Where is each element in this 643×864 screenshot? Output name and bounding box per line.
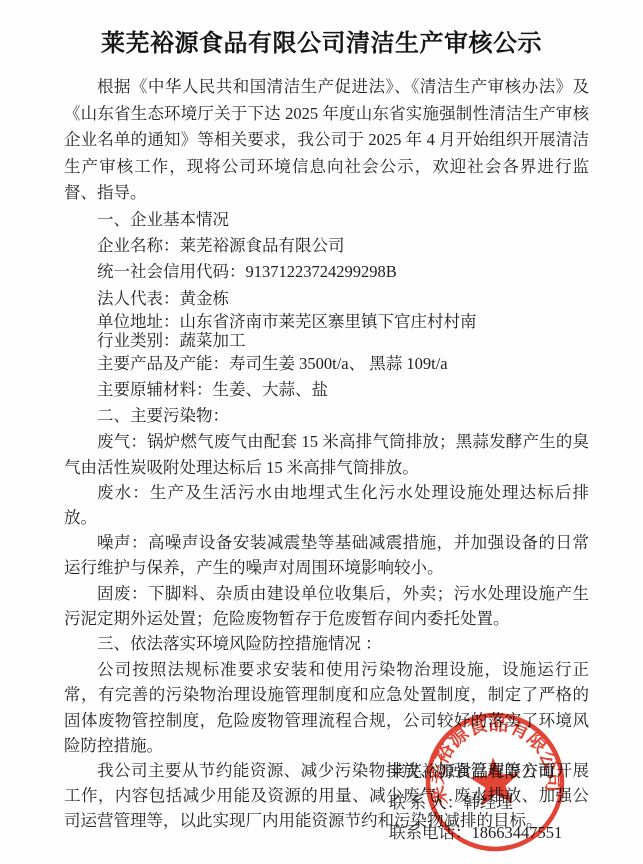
- field-address: 单位地址：山东省济南市莱芜区寨里镇下官庄村村南: [64, 312, 589, 332]
- pollutant-noise: 噪声：高噪声设备安装减震垫等基础减震措施，并加强设备的日常运行维护与保养，产生的…: [64, 530, 589, 580]
- field-credit-code: 统一社会信用代码：91371223724299298B: [64, 259, 589, 285]
- signature-phone: 联系电话：18663447551: [389, 818, 562, 849]
- signature-company: 莱芜裕源食品有限公司: [389, 757, 562, 788]
- field-company-name: 企业名称：莱芜裕源食品有限公司: [64, 233, 589, 259]
- section-basic-info-heading: 一、企业基本情况: [64, 207, 589, 233]
- field-industry: 行业类别：蔬菜加工: [64, 331, 589, 351]
- field-legal-representative: 法人代表：黄金栋: [64, 286, 589, 312]
- signature-block: 莱芜裕源食品有限公司 联 系 人：韩经理 联系电话：18663447551: [389, 757, 562, 849]
- document-title: 莱芜裕源食品有限公司清洁生产审核公示: [0, 0, 643, 61]
- document-body: 根据《中华人民共和国清洁生产促进法》、《清洁生产审核办法》及《山东省生态环境厅关…: [64, 74, 589, 834]
- address-industry-group: 单位地址：山东省济南市莱芜区寨里镇下官庄村村南 行业类别：蔬菜加工: [64, 312, 589, 351]
- pollutant-waste-gas: 废气：锅炉燃气废气由配套 15 米高排气筒排放；黑蒜发酵产生的臭气由活性炭吸附处…: [64, 429, 589, 479]
- document-page: 莱芜裕源食品有限公司清洁生产审核公示 根据《中华人民共和国清洁生产促进法》、《清…: [0, 0, 643, 864]
- pollutant-solid-waste: 固废：下脚料、杂质由建设单位收集后，外卖；污水处理设施产生污泥定期外运处置；危险…: [64, 581, 589, 631]
- pollutant-waste-water: 废水：生产及生活污水由地埋式生化污水处理设施处理达标后排放。: [64, 480, 589, 530]
- section-pollutants-heading: 二、主要污染物：: [64, 403, 589, 429]
- field-products-capacity: 主要产品及产能：寿司生姜 3500t/a、 黑蒜 109t/a: [64, 351, 589, 377]
- intro-paragraph: 根据《中华人民共和国清洁生产促进法》、《清洁生产审核办法》及《山东省生态环境厅关…: [64, 74, 589, 207]
- risk-control-paragraph-1: 公司按照法规标准要求安装和使用污染物治理设施，设施运行正常，有完善的污染物治理设…: [64, 657, 589, 758]
- section-risk-control-heading: 三、依法落实环境风险防控措施情况 ：: [64, 631, 589, 657]
- field-raw-materials: 主要原辅材料：生姜、大蒜、盐: [64, 377, 589, 403]
- signature-contact: 联 系 人：韩经理: [389, 788, 562, 819]
